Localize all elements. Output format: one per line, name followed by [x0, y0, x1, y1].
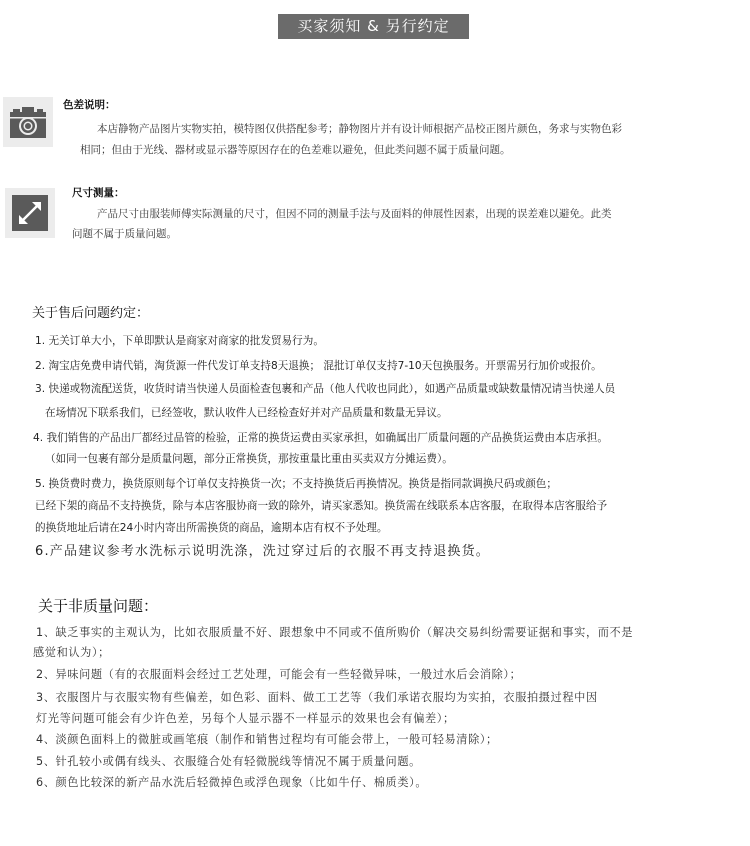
color-note-line: 相同；但由于光线、器材或显示器等原因存在的色差难以避免，但此类问题不属于质量问题… [80, 142, 511, 157]
size-note-line: 产品尺寸由服装师傅实际测量的尺寸，但因不同的测量手法与及面料的伸展性因素，出现的… [97, 206, 612, 221]
resize-icon-box [5, 188, 55, 238]
non-quality-item: 6、颜色比较深的新产品水洗后轻微掉色或浮色现象（比如牛仔、棉质类）。 [36, 774, 427, 790]
non-quality-item: 4、淡颜色面料上的微脏或画笔痕（制作和销售过程均有可能会带上，一般可轻易清除）； [36, 731, 498, 747]
camera-icon [10, 104, 46, 140]
after-sales-item-cont: （如同一包裹有部分是质量问题，部分正常换货，那按重量比重由买卖双方分摊运费）。 [45, 451, 453, 466]
non-quality-item-cont: 感觉和认为）； [33, 644, 110, 660]
after-sales-title: 关于售后问题约定： [32, 302, 149, 321]
non-quality-title: 关于非质量问题： [38, 595, 158, 616]
non-quality-item: 1、缺乏事实的主观认为，比如衣服质量不好、跟想象中不同或不值所购价（解决交易纠纷… [36, 624, 633, 640]
non-quality-item: 2、异味问题（有的衣服面料会经过工艺处理，可能会有一些轻微异味，一般过水后会消除… [36, 666, 521, 682]
non-quality-item-cont: 灯光等问题可能会有少许色差，另每个人显示器不一样显示的效果也会有偏差）； [36, 710, 455, 726]
non-quality-item: 5、针孔较小或偶有线头、衣服缝合处有轻微脱线等情况不属于质量问题。 [36, 753, 421, 769]
resize-arrow-icon [12, 195, 48, 231]
after-sales-item: 2. 淘宝店免费申请代销，淘货源一件代发订单支持8天退换； 混批订单仅支持7-1… [35, 358, 602, 373]
after-sales-item: 5. 换货费时费力，换货原则每个订单仅支持换货一次；不支持换货后再换情况。换货是… [35, 476, 557, 491]
after-sales-item: 3. 快递或物流配送货，收货时请当快递人员面检查包裹和产品（他人代收也同此），如… [35, 381, 615, 396]
after-sales-item-cont: 在场情况下联系我们，已经签收，默认收件人已经检查好并对产品质量和数量无异议。 [45, 405, 448, 420]
after-sales-item-cont: 的换货地址后请在24小时内寄出所需换货的商品，逾期本店有权不予处理。 [35, 520, 387, 535]
after-sales-item: 1. 无关订单大小，下单即默认是商家对商家的批发贸易行为。 [35, 333, 324, 348]
after-sales-item-cont: 已经下架的商品不支持换货，除与本店客服协商一致的除外，请买家悉知。换货需在线联系… [35, 498, 607, 513]
camera-icon-box [3, 97, 53, 147]
page-title-banner: 买家须知 & 另行约定 [278, 14, 469, 39]
color-note-title: 色差说明： [63, 97, 116, 112]
size-note-title: 尺寸测量： [72, 185, 125, 200]
non-quality-item: 3、衣服图片与衣服实物有些偏差，如色彩、面料、做工工艺等（我们承诺衣服均为实拍，… [36, 689, 598, 705]
after-sales-item: 4. 我们销售的产品出厂都经过品管的检验，正常的换货运费由买家承担，如确属出厂质… [33, 430, 608, 445]
size-note-line: 问题不属于质量问题。 [72, 226, 177, 241]
color-note-line: 本店静物产品图片实物实拍，模特图仅供搭配参考；静物图片并有设计师根据产品校正图片… [97, 121, 622, 136]
after-sales-item: 6.产品建议参考水洗标示说明洗涤，洗过穿过后的衣服不再支持退换货。 [35, 540, 490, 559]
